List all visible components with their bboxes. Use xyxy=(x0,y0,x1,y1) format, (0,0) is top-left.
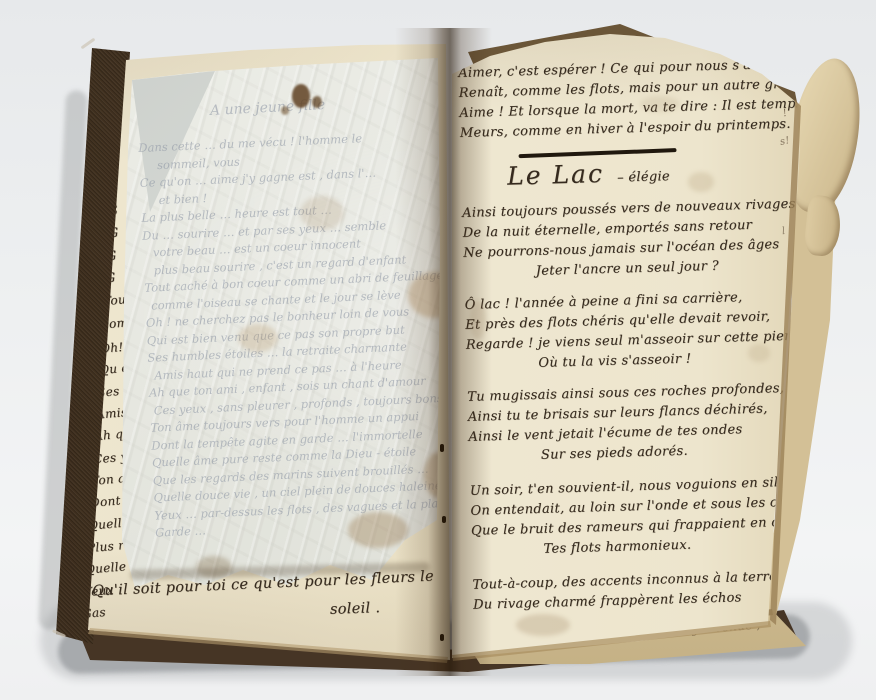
cover-corner-fray xyxy=(81,38,96,50)
photo-background: y a venue ; S G G G Tout comm Oh! ne che… xyxy=(0,0,876,700)
foxing-stain xyxy=(516,614,570,636)
foxing-stain xyxy=(640,96,680,112)
foxing-stain xyxy=(300,196,344,230)
foxing-stain xyxy=(238,324,278,352)
foxing-stain xyxy=(470,300,486,340)
poem-stanza: Tu mugissais ainsi sous ces roches profo… xyxy=(467,378,805,467)
left-page-bottom-line-2: soleil . xyxy=(330,600,381,618)
poem-stanza: Ô lac ! l'année à peine a fini sa carriè… xyxy=(464,286,802,375)
poem-stanza: Un soir, t'en souvient-il, nous voguions… xyxy=(470,472,808,561)
foxing-stain xyxy=(348,512,408,548)
curled-page-notch xyxy=(803,194,843,257)
stitch-dot xyxy=(440,634,444,641)
poem-stanza: Ainsi toujours poussés vers de nouveaux … xyxy=(462,194,800,283)
foxing-stain xyxy=(688,172,714,192)
poem-title-main: Le Lac xyxy=(507,158,605,190)
page-edge-ink-mark: s! xyxy=(779,135,791,148)
stitch-dot xyxy=(442,516,446,523)
foxing-stain xyxy=(292,84,310,108)
foxing-stain xyxy=(748,344,770,362)
sheet-text-block: Dans cette … du me vécu ! l'homme le som… xyxy=(138,127,455,542)
stitch-dot xyxy=(440,444,444,452)
foxing-stain xyxy=(312,96,322,108)
foxing-stain xyxy=(281,106,289,115)
poem-title-suffix: – élégie xyxy=(617,169,670,185)
poem-title: Le Lac – élégie xyxy=(507,153,798,190)
right-page-text: Aimer, c'est espérer ! Ce qui pour nous … xyxy=(458,55,809,616)
